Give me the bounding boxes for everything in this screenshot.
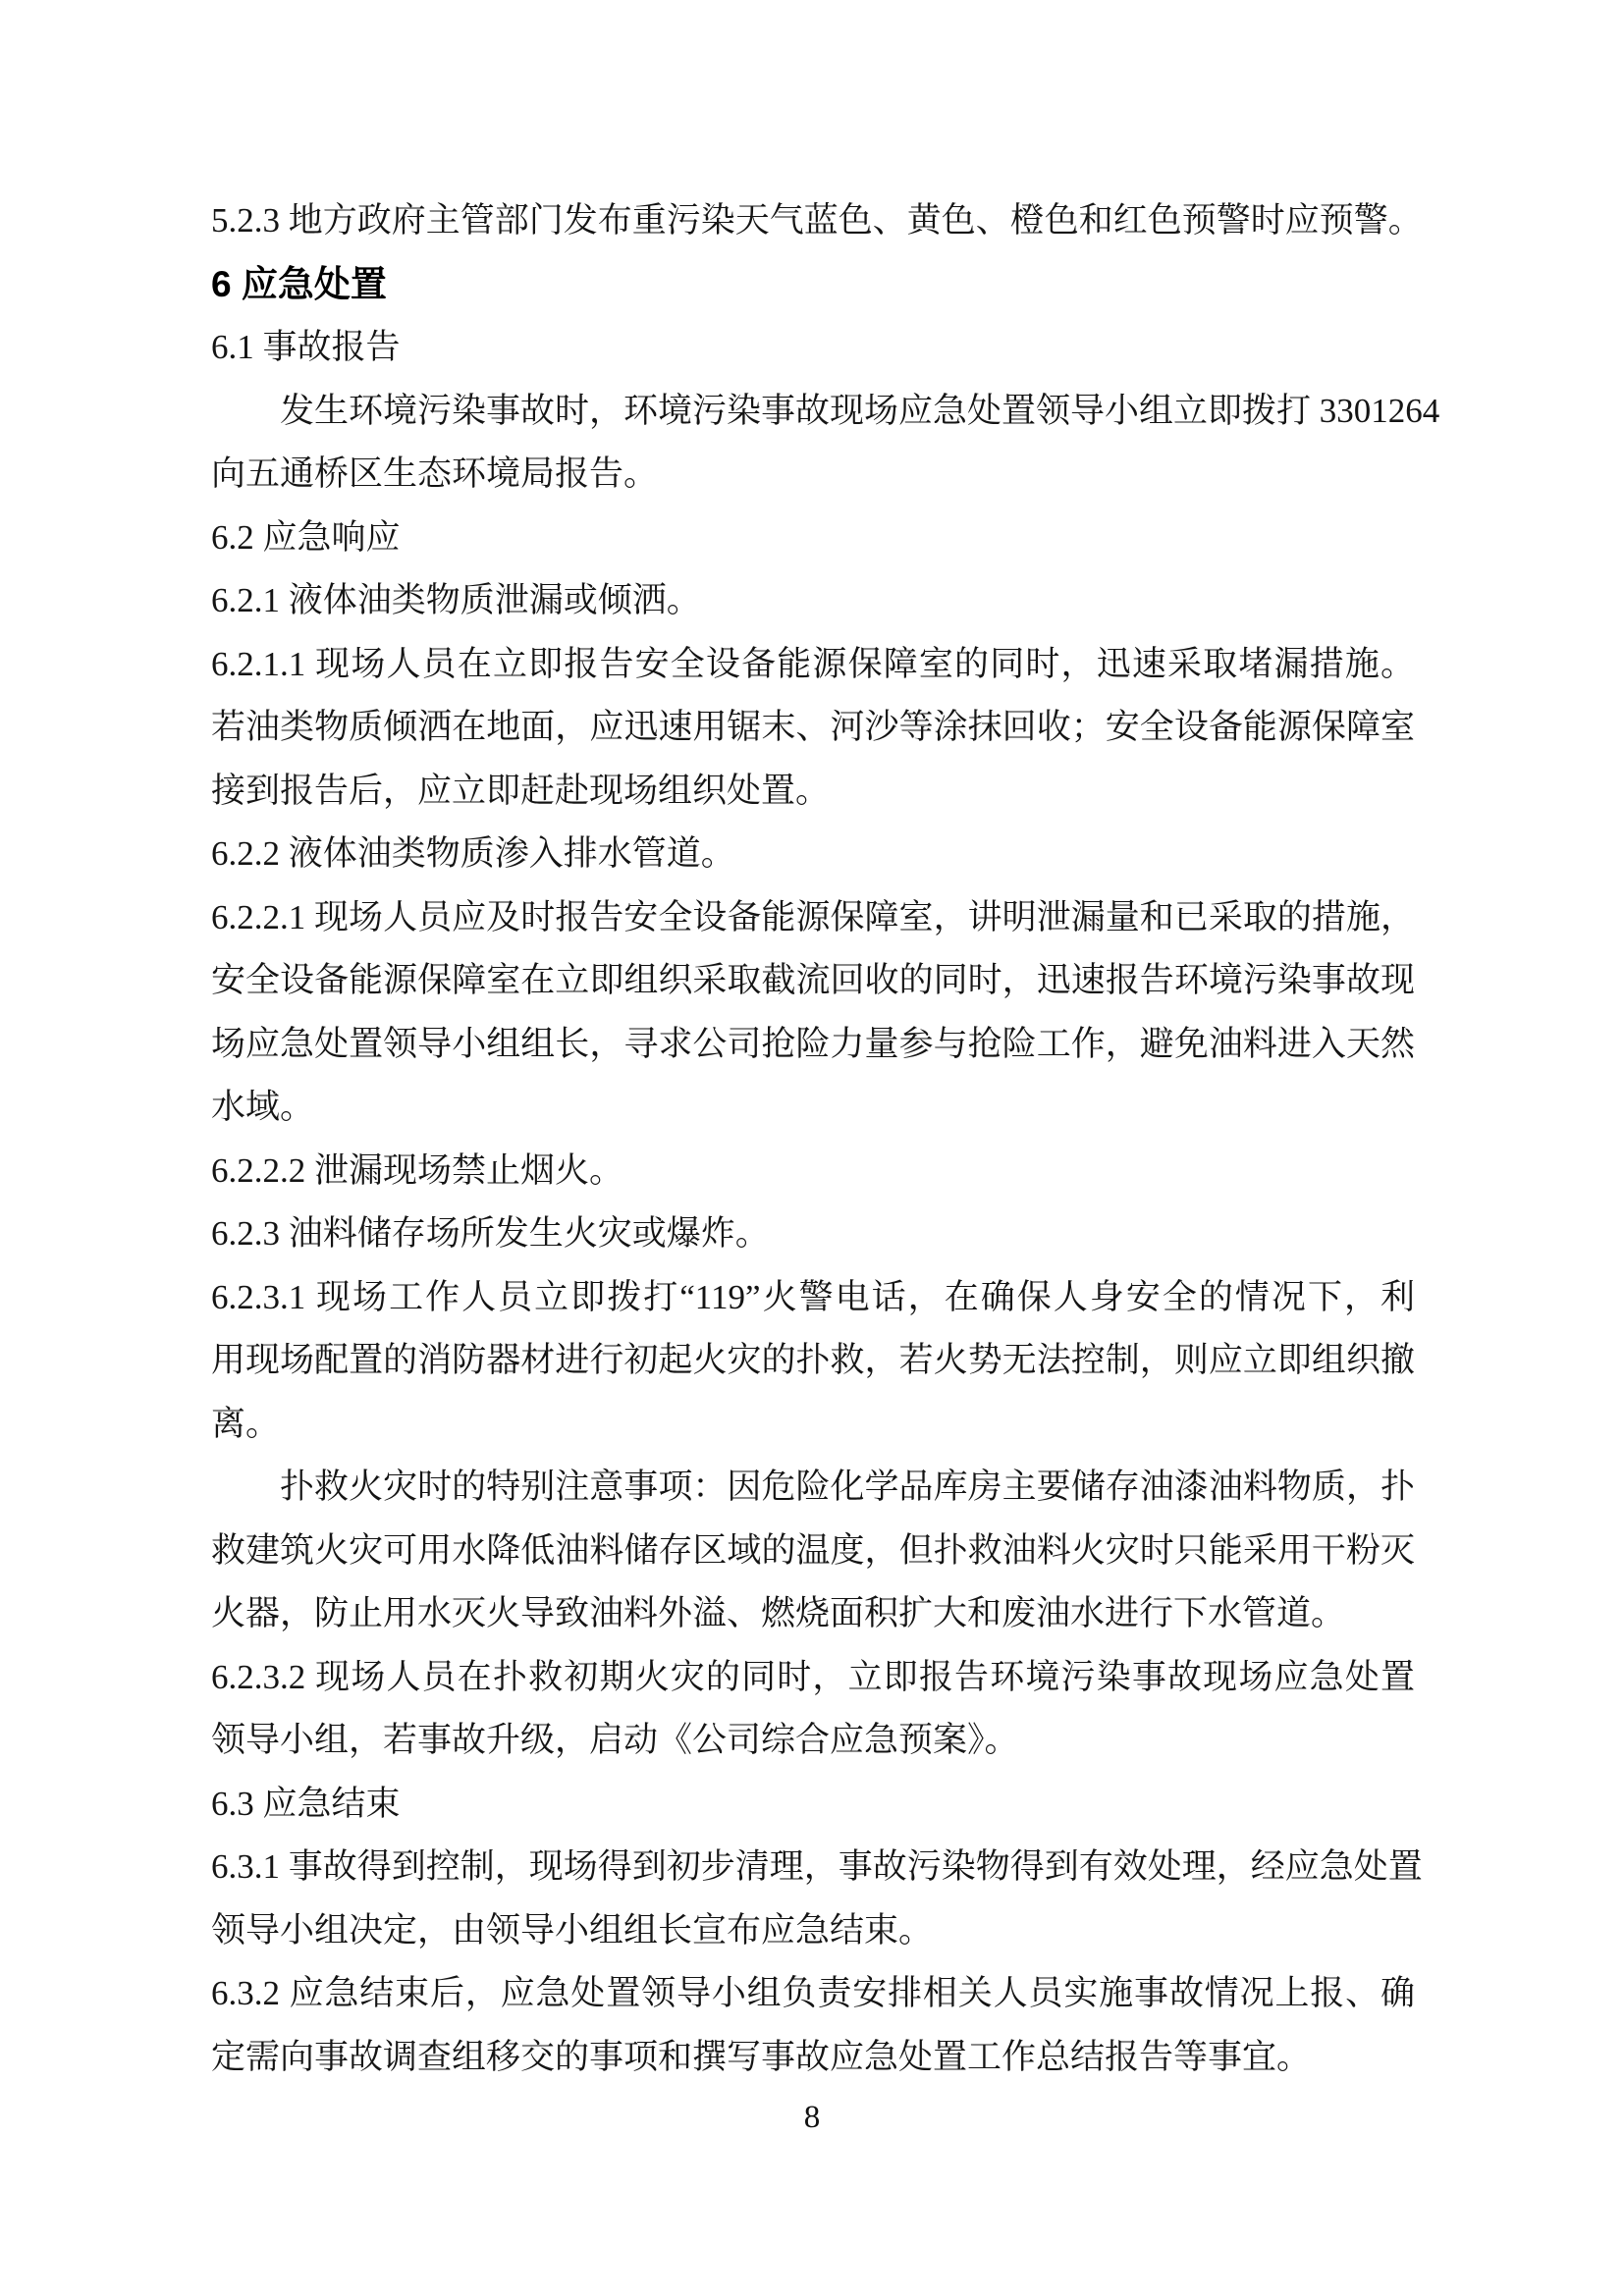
paragraph: 5.2.3 地方政府主管部门发布重污染天气蓝色、黄色、橙色和红色预警时应预警。	[211, 189, 1415, 253]
text-line: 6.2.2.2 泄漏现场禁止烟火。	[211, 1140, 1415, 1203]
paragraph: 6.2 应急响应	[211, 507, 1415, 570]
paragraph: 6.2.3.1 现场工作人员立即拨打“119”火警电话，在确保人身安全的情况下，…	[211, 1266, 1415, 1457]
text-line: 发生环境污染事故时，环境污染事故现场应急处置领导小组立即拨打 3301264	[211, 380, 1415, 444]
paragraph: 6.2.2 液体油类物质渗入排水管道。	[211, 823, 1415, 886]
text-line: 领导小组，若事故升级，启动《公司综合应急预案》。	[211, 1709, 1415, 1773]
text-line: 6 应急处置	[211, 253, 1415, 317]
paragraph: 6.2.2.1 现场人员应及时报告安全设备能源保障室，讲明泄漏量和已采取的措施，…	[211, 886, 1415, 1140]
paragraph: 6.3.2 应急结束后，应急处置领导小组负责安排相关人员实施事故情况上报、确定需…	[211, 1962, 1415, 2089]
text-line: 场应急处置领导小组组长，寻求公司抢险力量参与抢险工作，避免油料进入天然	[211, 1013, 1415, 1077]
text-line: 6.1 事故报告	[211, 316, 1415, 380]
text-line: 救建筑火灾可用水降低油料储存区域的温度，但扑救油料火灾时只能采用干粉灭	[211, 1520, 1415, 1583]
paragraph: 6.2.1.1 现场人员在立即报告安全设备能源保障室的同时，迅速采取堵漏措施。若…	[211, 633, 1415, 824]
text-line: 定需向事故调查组移交的事项和撰写事故应急处置工作总结报告等事宜。	[211, 2026, 1415, 2090]
paragraph: 6.2.3.2 现场人员在扑救初期火灾的同时，立即报告环境污染事故现场应急处置领…	[211, 1646, 1415, 1773]
text-line: 扑救火灾时的特别注意事项：因危险化学品库房主要储存油漆油料物质，扑	[211, 1456, 1415, 1520]
text-line: 6.2.3.1 现场工作人员立即拨打“119”火警电话，在确保人身安全的情况下，…	[211, 1266, 1415, 1330]
text-line: 5.2.3 地方政府主管部门发布重污染天气蓝色、黄色、橙色和红色预警时应预警。	[211, 189, 1415, 253]
text-line: 6.2.1 液体油类物质泄漏或倾洒。	[211, 569, 1415, 633]
paragraph: 扑救火灾时的特别注意事项：因危险化学品库房主要储存油漆油料物质，扑救建筑火灾可用…	[211, 1456, 1415, 1646]
section-heading: 6 应急处置	[211, 253, 1415, 317]
paragraph: 发生环境污染事故时，环境污染事故现场应急处置领导小组立即拨打 3301264向五…	[211, 380, 1415, 507]
text-line: 火器，防止用水灭火导致油料外溢、燃烧面积扩大和废油水进行下水管道。	[211, 1582, 1415, 1646]
text-line: 6.2.2 液体油类物质渗入排水管道。	[211, 823, 1415, 886]
text-line: 安全设备能源保障室在立即组织采取截流回收的同时，迅速报告环境污染事故现	[211, 949, 1415, 1013]
document-body: 5.2.3 地方政府主管部门发布重污染天气蓝色、黄色、橙色和红色预警时应预警。6…	[211, 189, 1415, 2089]
text-line: 6.3.1 事故得到控制，现场得到初步清理，事故污染物得到有效处理，经应急处置	[211, 1836, 1415, 1899]
paragraph: 6.2.2.2 泄漏现场禁止烟火。	[211, 1140, 1415, 1203]
text-line: 6.2.2.1 现场人员应及时报告安全设备能源保障室，讲明泄漏量和已采取的措施，	[211, 886, 1415, 950]
paragraph: 6.2.1 液体油类物质泄漏或倾洒。	[211, 569, 1415, 633]
text-line: 6.3.2 应急结束后，应急处置领导小组负责安排相关人员实施事故情况上报、确	[211, 1962, 1415, 2026]
paragraph: 6.3.1 事故得到控制，现场得到初步清理，事故污染物得到有效处理，经应急处置领…	[211, 1836, 1415, 1962]
text-line: 6.2 应急响应	[211, 507, 1415, 570]
paragraph: 6.1 事故报告	[211, 316, 1415, 380]
text-line: 离。	[211, 1393, 1415, 1457]
document-page: { "page": { "background": "#ffffff", "in…	[0, 0, 1624, 2296]
paragraph: 6.3 应急结束	[211, 1773, 1415, 1837]
text-line: 用现场配置的消防器材进行初起火灾的扑救，若火势无法控制，则应立即组织撤	[211, 1329, 1415, 1393]
text-line: 6.2.3.2 现场人员在扑救初期火灾的同时，立即报告环境污染事故现场应急处置	[211, 1646, 1415, 1710]
text-line: 6.3 应急结束	[211, 1773, 1415, 1837]
text-line: 若油类物质倾洒在地面，应迅速用锯末、河沙等涂抹回收；安全设备能源保障室	[211, 696, 1415, 760]
text-line: 向五通桥区生态环境局报告。	[211, 443, 1415, 507]
text-line: 6.2.3 油料储存场所发生火灾或爆炸。	[211, 1202, 1415, 1266]
page-number: 8	[0, 2086, 1624, 2150]
paragraph: 6.2.3 油料储存场所发生火灾或爆炸。	[211, 1202, 1415, 1266]
text-line: 接到报告后，应立即赶赴现场组织处置。	[211, 760, 1415, 824]
text-line: 6.2.1.1 现场人员在立即报告安全设备能源保障室的同时，迅速采取堵漏措施。	[211, 633, 1415, 697]
text-line: 领导小组决定，由领导小组组长宣布应急结束。	[211, 1899, 1415, 1963]
text-line: 水域。	[211, 1076, 1415, 1140]
